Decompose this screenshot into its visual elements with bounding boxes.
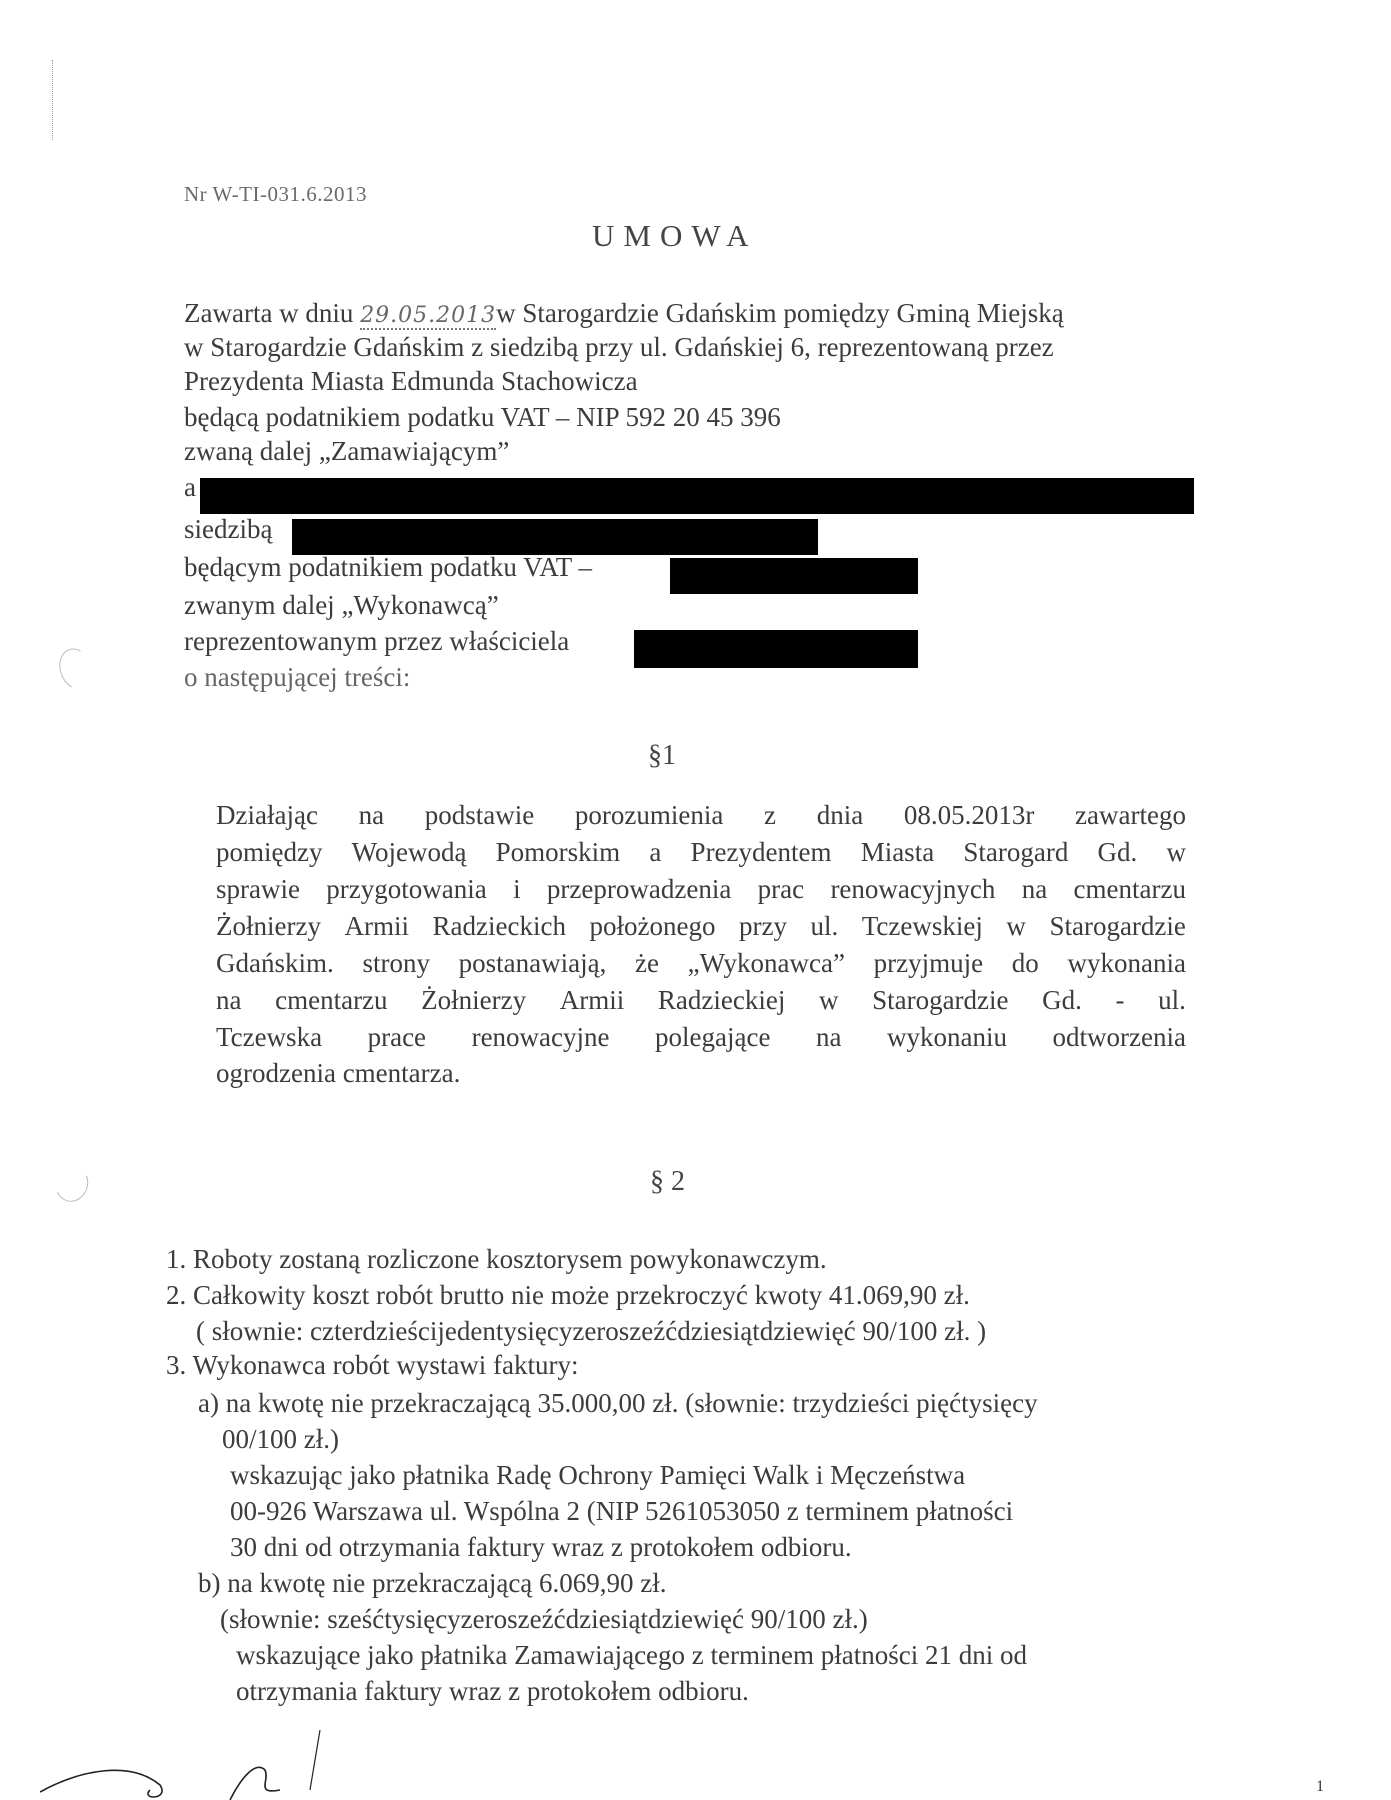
section-1-line: pomiędzyWojewodąPomorskimaPrezydentemMia… xyxy=(216,837,1186,874)
scan-margin-marks xyxy=(52,60,59,140)
punch-hole-mark-bottom xyxy=(51,1162,93,1207)
section-2-item-3: 3. Wykonawca robót wystawi faktury: xyxy=(166,1350,579,1381)
preamble-line-9: zwanym dalej „Wykonawcą” xyxy=(184,590,499,621)
redaction-contractor-nip xyxy=(670,558,918,594)
preamble-line-7: siedzibą xyxy=(184,514,272,545)
redaction-contractor-name xyxy=(200,478,1194,514)
section-2-item-3b-line-4: otrzymania faktury wraz z protokołem odb… xyxy=(236,1676,749,1707)
section-1-line: Gdańskim.stronypostanawiają,że„Wykonawca… xyxy=(216,948,1186,985)
section-2-item-3a-line-1: a) na kwotę nie przekraczającą 35.000,00… xyxy=(198,1388,1038,1419)
section-2-item-3a-line-4: 00-926 Warszawa ul. Wspólna 2 (NIP 52610… xyxy=(230,1496,1013,1527)
preamble-line-3: Prezydenta Miasta Edmunda Stachowicza xyxy=(184,366,638,397)
section-2-item-2-words: ( słownie: czterdzieścijedentysięcyzeros… xyxy=(196,1316,986,1347)
section-2-item-1: 1. Roboty zostaną rozliczone kosztorysem… xyxy=(166,1244,827,1275)
preamble-line-5: zwaną dalej „Zamawiającym” xyxy=(184,436,509,467)
preamble-line-1: Zawarta w dniu 29.05.2013w Starogardzie … xyxy=(184,298,1064,329)
section-1-line: sprawieprzygotowaniaiprzeprowadzeniaprac… xyxy=(216,874,1186,911)
section-2-item-3a-line-5: 30 dni od otrzymania faktury wraz z prot… xyxy=(230,1532,852,1563)
preamble-line-8: będącym podatnikiem podatku VAT – xyxy=(184,552,592,583)
redaction-contractor-address xyxy=(292,519,818,555)
section-2-item-3b-line-1: b) na kwotę nie przekraczającą 6.069,90 … xyxy=(198,1568,667,1599)
punch-hole-mark-top xyxy=(54,644,98,694)
preamble-line-11: o następującej treści: xyxy=(184,662,410,693)
section-1-last-line: ogrodzenia cmentarza. xyxy=(216,1058,460,1089)
section-2-item-3a-line-3: wskazując jako płatnika Radę Ochrony Pam… xyxy=(230,1460,965,1491)
section-2-item-3a-line-2: 00/100 zł.) xyxy=(222,1424,339,1455)
document-title: UMOWA xyxy=(592,218,758,254)
section-2-heading: § 2 xyxy=(650,1166,685,1198)
section-1-heading: §1 xyxy=(648,740,676,772)
section-1-line: Działającnapodstawieporozumieniazdnia08.… xyxy=(216,800,1186,837)
section-2-item-2: 2. Całkowity koszt robót brutto nie może… xyxy=(166,1280,970,1311)
contract-number: Nr W-TI-031.6.2013 xyxy=(184,182,367,207)
signature-scribble xyxy=(40,1730,340,1800)
preamble-line-4: będącą podatnikiem podatku VAT – NIP 592… xyxy=(184,402,781,433)
section-1-line: Tczewskapracerenowacyjnepolegającenawyko… xyxy=(216,1022,1186,1059)
section-1-body: Działającnapodstawieporozumieniazdnia08.… xyxy=(216,800,1186,1059)
page-corner-mark: 1 xyxy=(1316,1778,1324,1796)
section-1-line: nacmentarzuŻołnierzyArmiiRadzieckiejwSta… xyxy=(216,985,1186,1022)
redaction-owner-name xyxy=(634,630,918,668)
section-2-item-3b-line-2: (słownie: sześćtysięcyzeroszeźćdziesiątd… xyxy=(220,1604,868,1635)
section-1-line: ŻołnierzyArmiiRadzieckichpołożonegoprzyu… xyxy=(216,911,1186,948)
section-2-item-3b-line-3: wskazujące jako płatnika Zamawiającego z… xyxy=(236,1640,1027,1671)
preamble-line-2: w Starogardzie Gdańskim z siedzibą przy … xyxy=(184,332,1054,363)
handwritten-date: 29.05.2013 xyxy=(360,303,496,330)
preamble-line-10: reprezentowanym przez właściciela xyxy=(184,626,569,657)
preamble-line-6: a xyxy=(184,472,196,503)
